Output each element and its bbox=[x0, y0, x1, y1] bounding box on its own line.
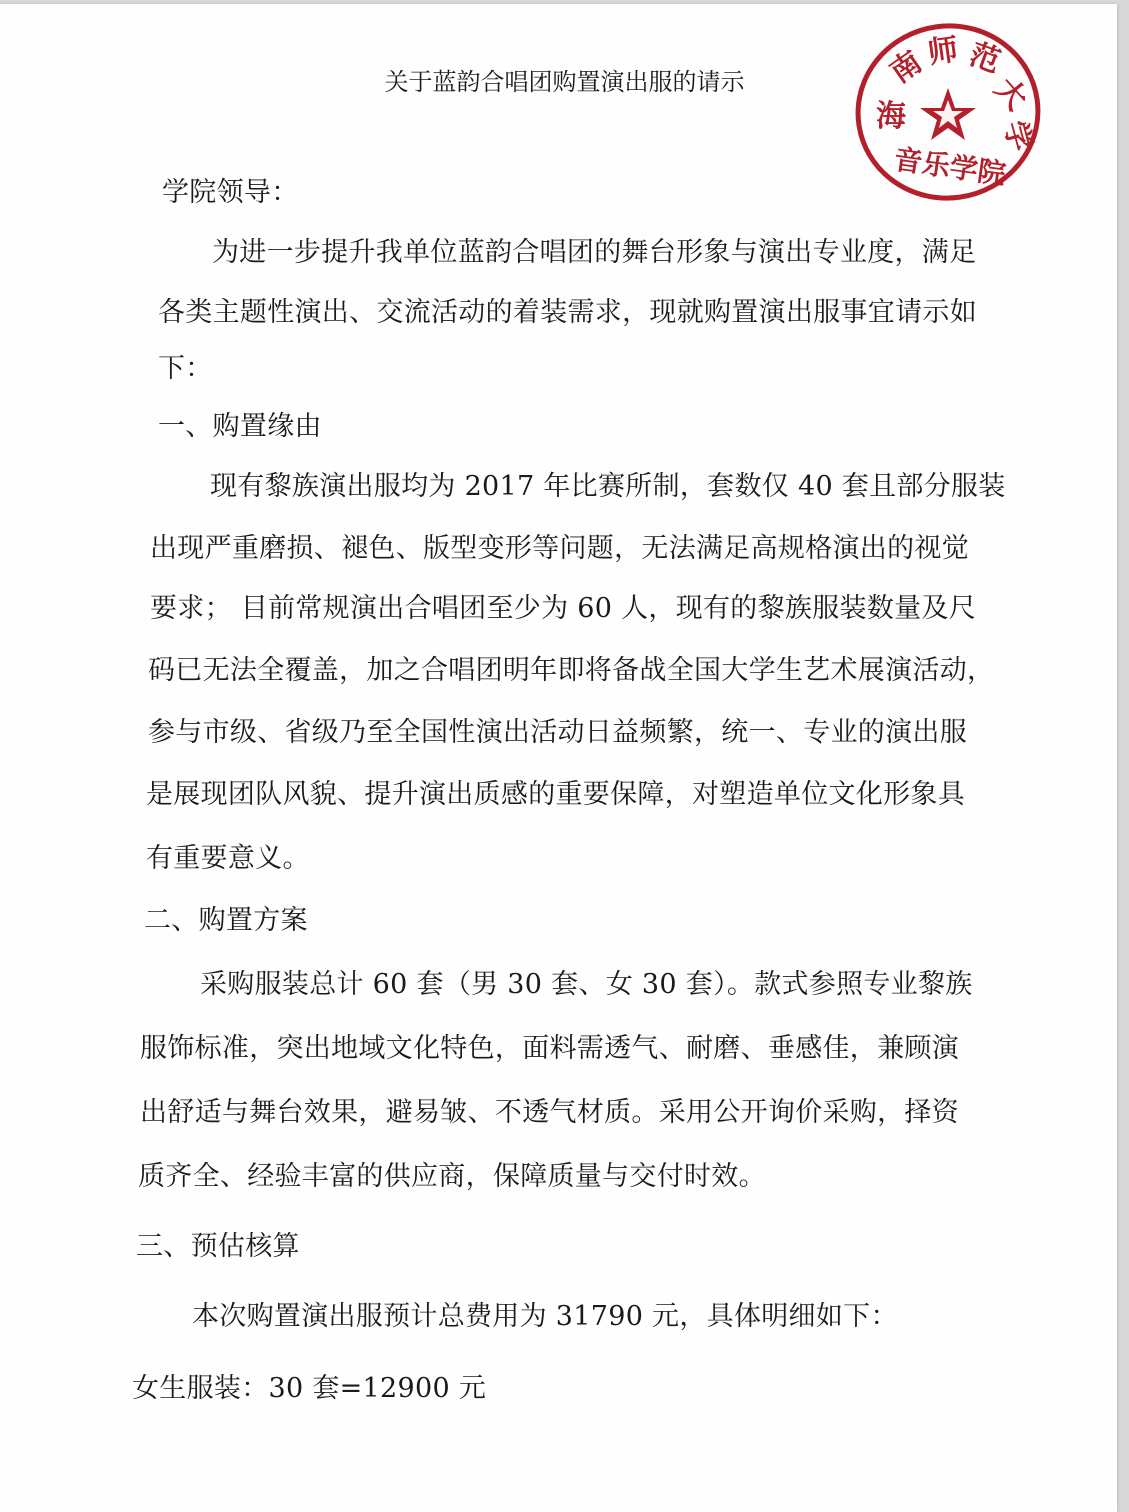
section-heading: 三、预估核算 bbox=[136, 1224, 300, 1263]
paragraph-line: 码已无法全覆盖，加之合唱团明年即将备战全国大学生艺术展演活动， bbox=[148, 648, 994, 687]
intro-line: 下： bbox=[158, 346, 213, 385]
document-page: 关于蓝韵合唱团购置演出服的请示 海 南 师 范 大 学 音乐学院 学院领导： 为… bbox=[0, 4, 1117, 1512]
paragraph-line: 出现严重磨损、褪色、版型变形等问题，无法满足高规格演出的视觉 bbox=[150, 526, 969, 565]
section-heading: 一、购置缘由 bbox=[158, 404, 322, 443]
salutation: 学院领导： bbox=[162, 170, 299, 209]
svg-text:大: 大 bbox=[988, 71, 1034, 117]
paragraph-line: 出舒适与舞台效果，避易皱、不透气材质。采用公开询价采购，择资 bbox=[140, 1090, 959, 1129]
svg-text:海: 海 bbox=[876, 99, 906, 134]
paragraph-line: 是展现团队风貌、提升演出质感的重要保障，对塑造单位文化形象具 bbox=[146, 772, 965, 811]
paragraph-line: 有重要意义。 bbox=[146, 836, 310, 875]
official-seal: 海 南 师 范 大 学 音乐学院 bbox=[848, 16, 1048, 206]
svg-text:师: 师 bbox=[926, 32, 961, 71]
cost-detail-line: 女生服装：30 套=12900 元 bbox=[132, 1366, 486, 1405]
paragraph-line: 现有黎族演出服均为 2017 年比赛所制，套数仅 40 套且部分服装 bbox=[210, 464, 1006, 503]
intro-line: 为进一步提升我单位蓝韵合唱团的舞台形象与演出专业度，满足 bbox=[212, 230, 976, 269]
paragraph-line: 本次购置演出服预计总费用为 31790 元，具体明细如下： bbox=[192, 1294, 898, 1333]
svg-text:南: 南 bbox=[884, 45, 929, 91]
paragraph-line: 要求； 目前常规演出合唱团至少为 60 人，现有的黎族服装数量及尺 bbox=[150, 586, 976, 625]
paragraph-line: 采购服装总计 60 套（男 30 套、女 30 套）。款式参照专业黎族 bbox=[200, 962, 973, 1001]
intro-line: 各类主题性演出、交流活动的着装需求，现就购置演出服事宜请示如 bbox=[158, 290, 977, 329]
svg-text:学: 学 bbox=[997, 117, 1039, 155]
seal-stamp-icon: 海 南 师 范 大 学 音乐学院 bbox=[848, 16, 1048, 206]
paragraph-line: 质齐全、经验丰富的供应商，保障质量与交付时效。 bbox=[138, 1154, 766, 1193]
paragraph-line: 参与市级、省级乃至全国性演出活动日益频繁，统一、专业的演出服 bbox=[148, 710, 967, 749]
svg-text:音乐学院: 音乐学院 bbox=[892, 143, 1008, 191]
section-heading: 二、购置方案 bbox=[144, 898, 308, 937]
paragraph-line: 服饰标准，突出地域文化特色，面料需透气、耐磨、垂感佳，兼顾演 bbox=[140, 1026, 959, 1065]
